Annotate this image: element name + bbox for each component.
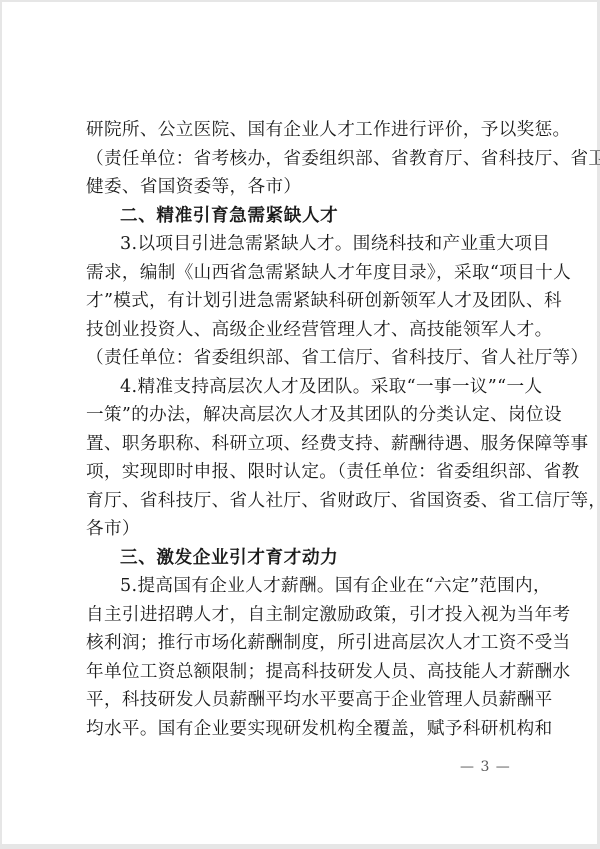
text-line: 各市） [86, 515, 524, 544]
text-line: 置、职务职称、科研立项、经费支持、薪酬待遇、服务保障等事 [86, 430, 524, 459]
text-line: 核利润；推行市场化薪酬制度，所引进高层次人才工资不受当 [86, 629, 524, 658]
paragraph-start-line: 4.精准支持高层次人才及团队。采取“一事一议”“一人 [86, 373, 524, 402]
text-line: 健委、省国资委等，各市） [86, 173, 524, 202]
text-line: 技创业投资人、高级企业经营管理人才、高技能领军人才。 [86, 316, 524, 345]
text-line: （责任单位：省考核办，省委组织部、省教育厅、省科技厅、省卫 [86, 145, 524, 174]
text-line: （责任单位：省委组织部、省工信厅、省科技厅、省人社厅等） [86, 344, 524, 373]
text-line: 需求，编制《山西省急需紧缺人才年度目录》，采取“项目十人 [86, 259, 524, 288]
section-heading: 三、激发企业引才育才动力 [86, 544, 524, 573]
text-line: 一策”的办法，解决高层次人才及其团队的分类认定、岗位设 [86, 401, 524, 430]
text-line: 平，科技研发人员薪酬平均水平要高于企业管理人员薪酬平 [86, 686, 524, 715]
text-line: 自主引进招聘人才，自主制定激励政策，引才投入视为当年考 [86, 601, 524, 630]
paragraph-start-line: 3.以项目引进急需紧缺人才。围绕科技和产业重大项目 [86, 230, 524, 259]
page-number: — 3 — [460, 759, 511, 775]
document-body: 研院所、公立医院、国有企业人才工作进行评价，予以奖惩。 （责任单位：省考核办，省… [86, 116, 524, 743]
paragraph-start-line: 5.提高国有企业人才薪酬。国有企业在“六定”范围内， [86, 572, 524, 601]
document-page: 研院所、公立医院、国有企业人才工作进行评价，予以奖惩。 （责任单位：省考核办，省… [2, 2, 597, 844]
text-line: 项，实现即时申报、限时认定。（责任单位：省委组织部、省教 [86, 458, 524, 487]
text-line: 均水平。国有企业要实现研发机构全覆盖，赋予科研机构和 [86, 715, 524, 744]
text-line: 年单位工资总额限制；提高科技研发人员、高技能人才薪酬水 [86, 658, 524, 687]
text-line: 研院所、公立医院、国有企业人才工作进行评价，予以奖惩。 [86, 116, 524, 145]
text-line: 才”模式，有计划引进急需紧缺科研创新领军人才及团队、科 [86, 287, 524, 316]
text-line: 育厅、省科技厅、省人社厅、省财政厅、省国资委、省工信厅等， [86, 487, 524, 516]
section-heading: 二、精准引育急需紧缺人才 [86, 202, 524, 231]
